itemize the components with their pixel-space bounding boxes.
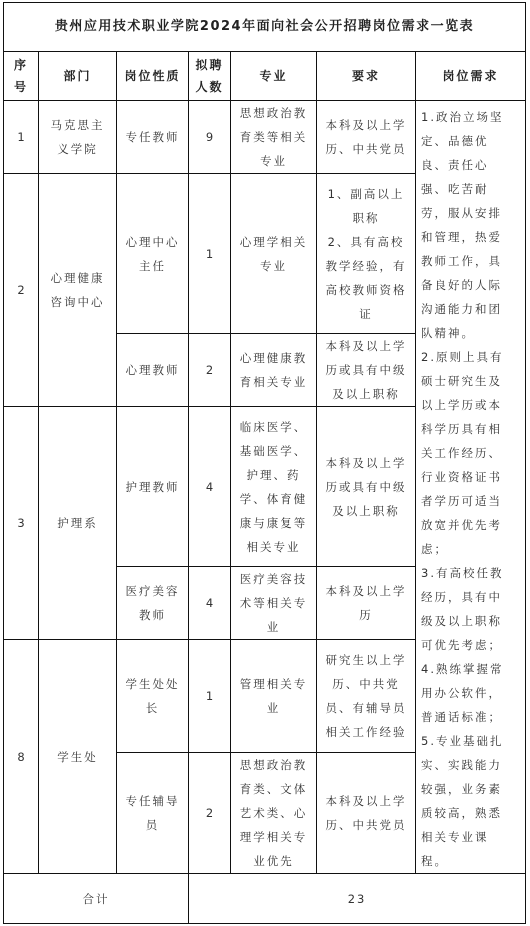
row-index: 8	[4, 640, 39, 874]
total-label: 合计	[4, 874, 189, 924]
header-department: 部门	[39, 52, 117, 101]
recruitment-table-sheet: 贵州应用技术职业学院2024年面向社会公开招聘岗位需求一览表 序 号 部门 岗位…	[3, 2, 525, 924]
row-position-type: 护理教师	[117, 407, 189, 567]
row-headcount: 4	[189, 407, 231, 567]
row-requirement: 研究生以上学 历、中共党 员、有辅导员 相关工作经验	[317, 640, 416, 753]
row-headcount: 1	[189, 640, 231, 753]
table-title: 贵州应用技术职业学院2024年面向社会公开招聘岗位需求一览表	[4, 3, 526, 52]
row-major: 管理相关专 业	[231, 640, 317, 753]
row-position-type: 心理教师	[117, 334, 189, 407]
row-requirement: 本科及以上学 历或具有中级 及以上职称	[317, 407, 416, 567]
total-row: 合计 23	[4, 874, 526, 924]
row-headcount: 4	[189, 567, 231, 640]
header-position-type: 岗位性质	[117, 52, 189, 101]
row-department: 马克思主 义学院	[39, 101, 117, 174]
row-index: 2	[4, 174, 39, 407]
row-headcount: 2	[189, 753, 231, 874]
row-headcount: 9	[189, 101, 231, 174]
header-job-demand: 岗位需求	[416, 52, 526, 101]
row-index: 1	[4, 101, 39, 174]
row-department: 学生处	[39, 640, 117, 874]
row-index: 3	[4, 407, 39, 640]
row-major: 思想政治教 育类等相关 专业	[231, 101, 317, 174]
row-requirement: 本科及以上学 历、中共党员	[317, 753, 416, 874]
recruitment-table: 贵州应用技术职业学院2024年面向社会公开招聘岗位需求一览表 序 号 部门 岗位…	[3, 2, 526, 924]
row-department: 护理系	[39, 407, 117, 640]
job-demand-cell: 1.政治立场坚 定、品德优 良、责任心 强、吃苦耐 劳，服从安排 和管理，热爱 …	[416, 101, 526, 874]
row-major: 心理健康教 育相关专业	[231, 334, 317, 407]
row-position-type: 专任教师	[117, 101, 189, 174]
row-major: 思想政治教 育类、文体 艺术类、心 理学相关专 业优先	[231, 753, 317, 874]
row-headcount: 1	[189, 174, 231, 334]
row-position-type: 专任辅导 员	[117, 753, 189, 874]
table-row: 1 马克思主 义学院 专任教师 9 思想政治教 育类等相关 专业 本科及以上学 …	[4, 101, 526, 174]
row-requirement: 本科及以上学 历或具有中级 及以上职称	[317, 334, 416, 407]
header-requirement: 要求	[317, 52, 416, 101]
row-requirement: 本科及以上学 历	[317, 567, 416, 640]
row-position-type: 心理中心 主任	[117, 174, 189, 334]
header-row: 序 号 部门 岗位性质 拟聘 人数 专业 要求 岗位需求	[4, 52, 526, 101]
header-headcount: 拟聘 人数	[189, 52, 231, 101]
header-index: 序 号	[4, 52, 39, 101]
row-major: 医疗美容技 术等相关专 业	[231, 567, 317, 640]
row-position-type: 学生处处 长	[117, 640, 189, 753]
row-requirement: 本科及以上学 历、中共党员	[317, 101, 416, 174]
row-headcount: 2	[189, 334, 231, 407]
row-major: 心理学相关 专业	[231, 174, 317, 334]
total-value: 23	[189, 874, 526, 924]
row-major: 临床医学、 基础医学、 护理、药 学、体育健 康与康复等 相关专业	[231, 407, 317, 567]
row-position-type: 医疗美容 教师	[117, 567, 189, 640]
row-department: 心理健康 咨询中心	[39, 174, 117, 407]
header-major: 专业	[231, 52, 317, 101]
row-requirement: 1、副高以上 职称 2、具有高校 教学经验，有 高校教师资格 证	[317, 174, 416, 334]
